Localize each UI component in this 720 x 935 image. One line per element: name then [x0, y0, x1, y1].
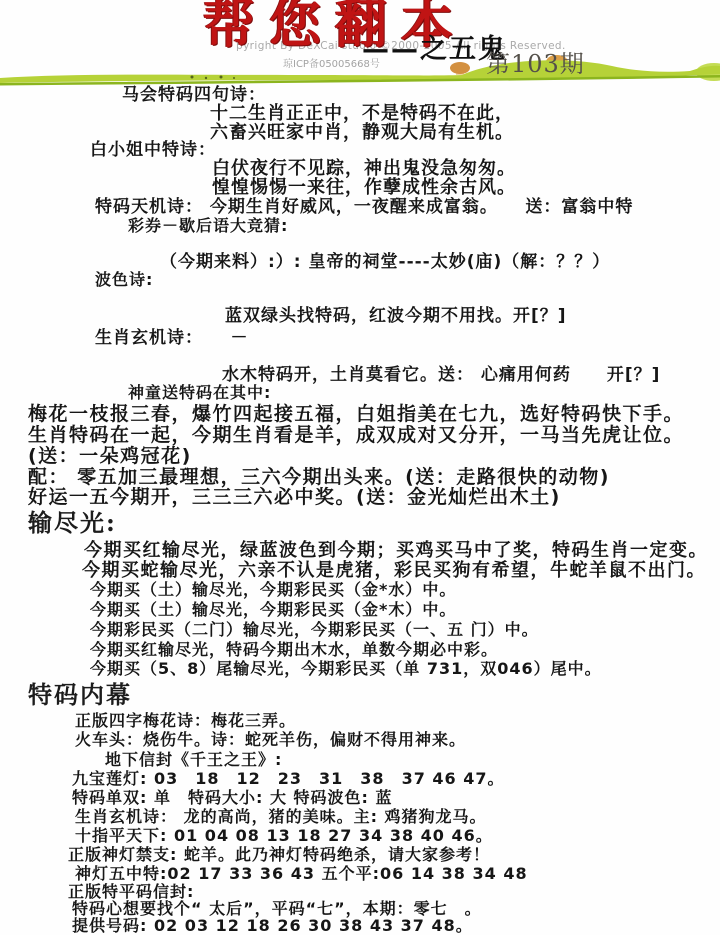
- text-line: 生肖特码在一起，今期生肖看是羊，成双成对又分开，一马当先虎让位。: [28, 425, 684, 446]
- section-heading: 特码内幕: [28, 682, 132, 708]
- text-line: 今期彩民买（二门）输尽光，今期彩民买（一、五 门）中。: [90, 621, 539, 639]
- text-line: 特码单双: 单 特码大小: 大 特码波色: 蓝: [72, 789, 392, 807]
- text-line: 正版四字梅花诗：梅花三弄。: [75, 712, 296, 730]
- text-line: 正版特平码信封:: [68, 883, 194, 901]
- text-line: 白小姐中特诗：: [90, 141, 216, 160]
- text-line: 今期买红输尽光，绿蓝波色到今期；买鸡买马中了奖，特码生肖一定变。: [84, 541, 708, 561]
- text-line: 惶惶惕惕一来往，作孽成性余古风。: [212, 178, 516, 198]
- text-line: 今期买（土）输尽光，今期彩民买（金*木）中。: [90, 601, 456, 619]
- text-line: 生肖玄机诗： 龙的高尚，猪的美味。主: 鸡猪狗龙马。: [75, 808, 487, 826]
- text-line: 蓝双绿头找特码，红波今期不用找。开[？]: [225, 307, 567, 326]
- text-line: 九宝莲灯: 03 18 12 23 31 38 37 46 47。: [72, 770, 505, 788]
- text-line: 神灯五中特:02 17 33 36 43 五个平:06 14 38 34 48: [75, 865, 528, 883]
- text-line: 神童送特码在其中:: [128, 384, 271, 402]
- text-line: 今期买蛇输尽光，六亲不认是虎猪，彩民买狗有希望，牛蛇羊鼠不出门。: [82, 561, 706, 581]
- text-line: 今期买（5、8）尾输尽光，今期彩民买（单 731，双046）尾中。: [90, 660, 602, 678]
- text-line: 正版神灯禁支: 蛇羊。此乃神灯特码绝杀，请大家参考！: [68, 846, 490, 864]
- text-line: （今期来料）:）: 皇帝的祠堂----太妙(庙)（解：？？）: [160, 253, 610, 272]
- section-heading: 输尽光:: [28, 510, 117, 536]
- text-line: 六畜兴旺家中肖，静观大局有生机。: [210, 123, 514, 143]
- text-line: 地下信封《千王之王》:: [105, 751, 282, 769]
- text-line: 十二生肖正正中，不是特码不在此，: [210, 104, 514, 124]
- text-line: 梅花一枝报三春，爆竹四起接五福，白姐指美在七九，选好特码快下手。: [28, 404, 684, 425]
- text-line: 今期买（土）输尽光，今期彩民买（金*水）中。: [90, 581, 456, 599]
- text-line: 好运一五今期开，三三三六必中奖。(送：金光灿烂出木土): [28, 487, 561, 508]
- page-background: 帮您翻本 ——之五鬼 pyright By DeXCai studio ©200…: [0, 0, 720, 935]
- text-line: 特码心想要找个“ 太后”，平码“七”，本期：零七 。: [72, 900, 482, 918]
- text-line: 提供号码: 02 03 12 18 26 30 38 43 37 48。: [72, 917, 473, 935]
- text-line: 十指平天下: 01 04 08 13 18 27 34 38 40 46。: [75, 827, 493, 845]
- text-line: (送：一朵鸡冠花): [28, 446, 192, 467]
- issue-number: 第103期: [486, 44, 585, 79]
- text-line: 生肖玄机诗： －: [95, 329, 249, 348]
- text-line: 波色诗:: [95, 271, 153, 289]
- text-line: 白伏夜行不见踪，神出鬼没急匆匆。: [212, 159, 516, 179]
- text-line: 火车头：烧伤牛。诗：蛇死羊伤，偏财不得用神来。: [75, 731, 466, 749]
- text-line: 彩券－歇后语大竞猜:: [128, 217, 288, 235]
- text-line: 特码天机诗： 今期生肖好威风，一夜醒来成富翁。 送：富翁中特: [95, 198, 633, 217]
- text-line: 水木特码开，土肖莫看它。送： 心痛用何药 开[？]: [222, 366, 660, 385]
- text-line: 今期买红输尽光，特码今期出木水，单数今期必中彩。: [90, 641, 498, 659]
- text-line: 配： 零五加三最理想，三六今期出头来。(送：走路很快的动物): [28, 467, 610, 488]
